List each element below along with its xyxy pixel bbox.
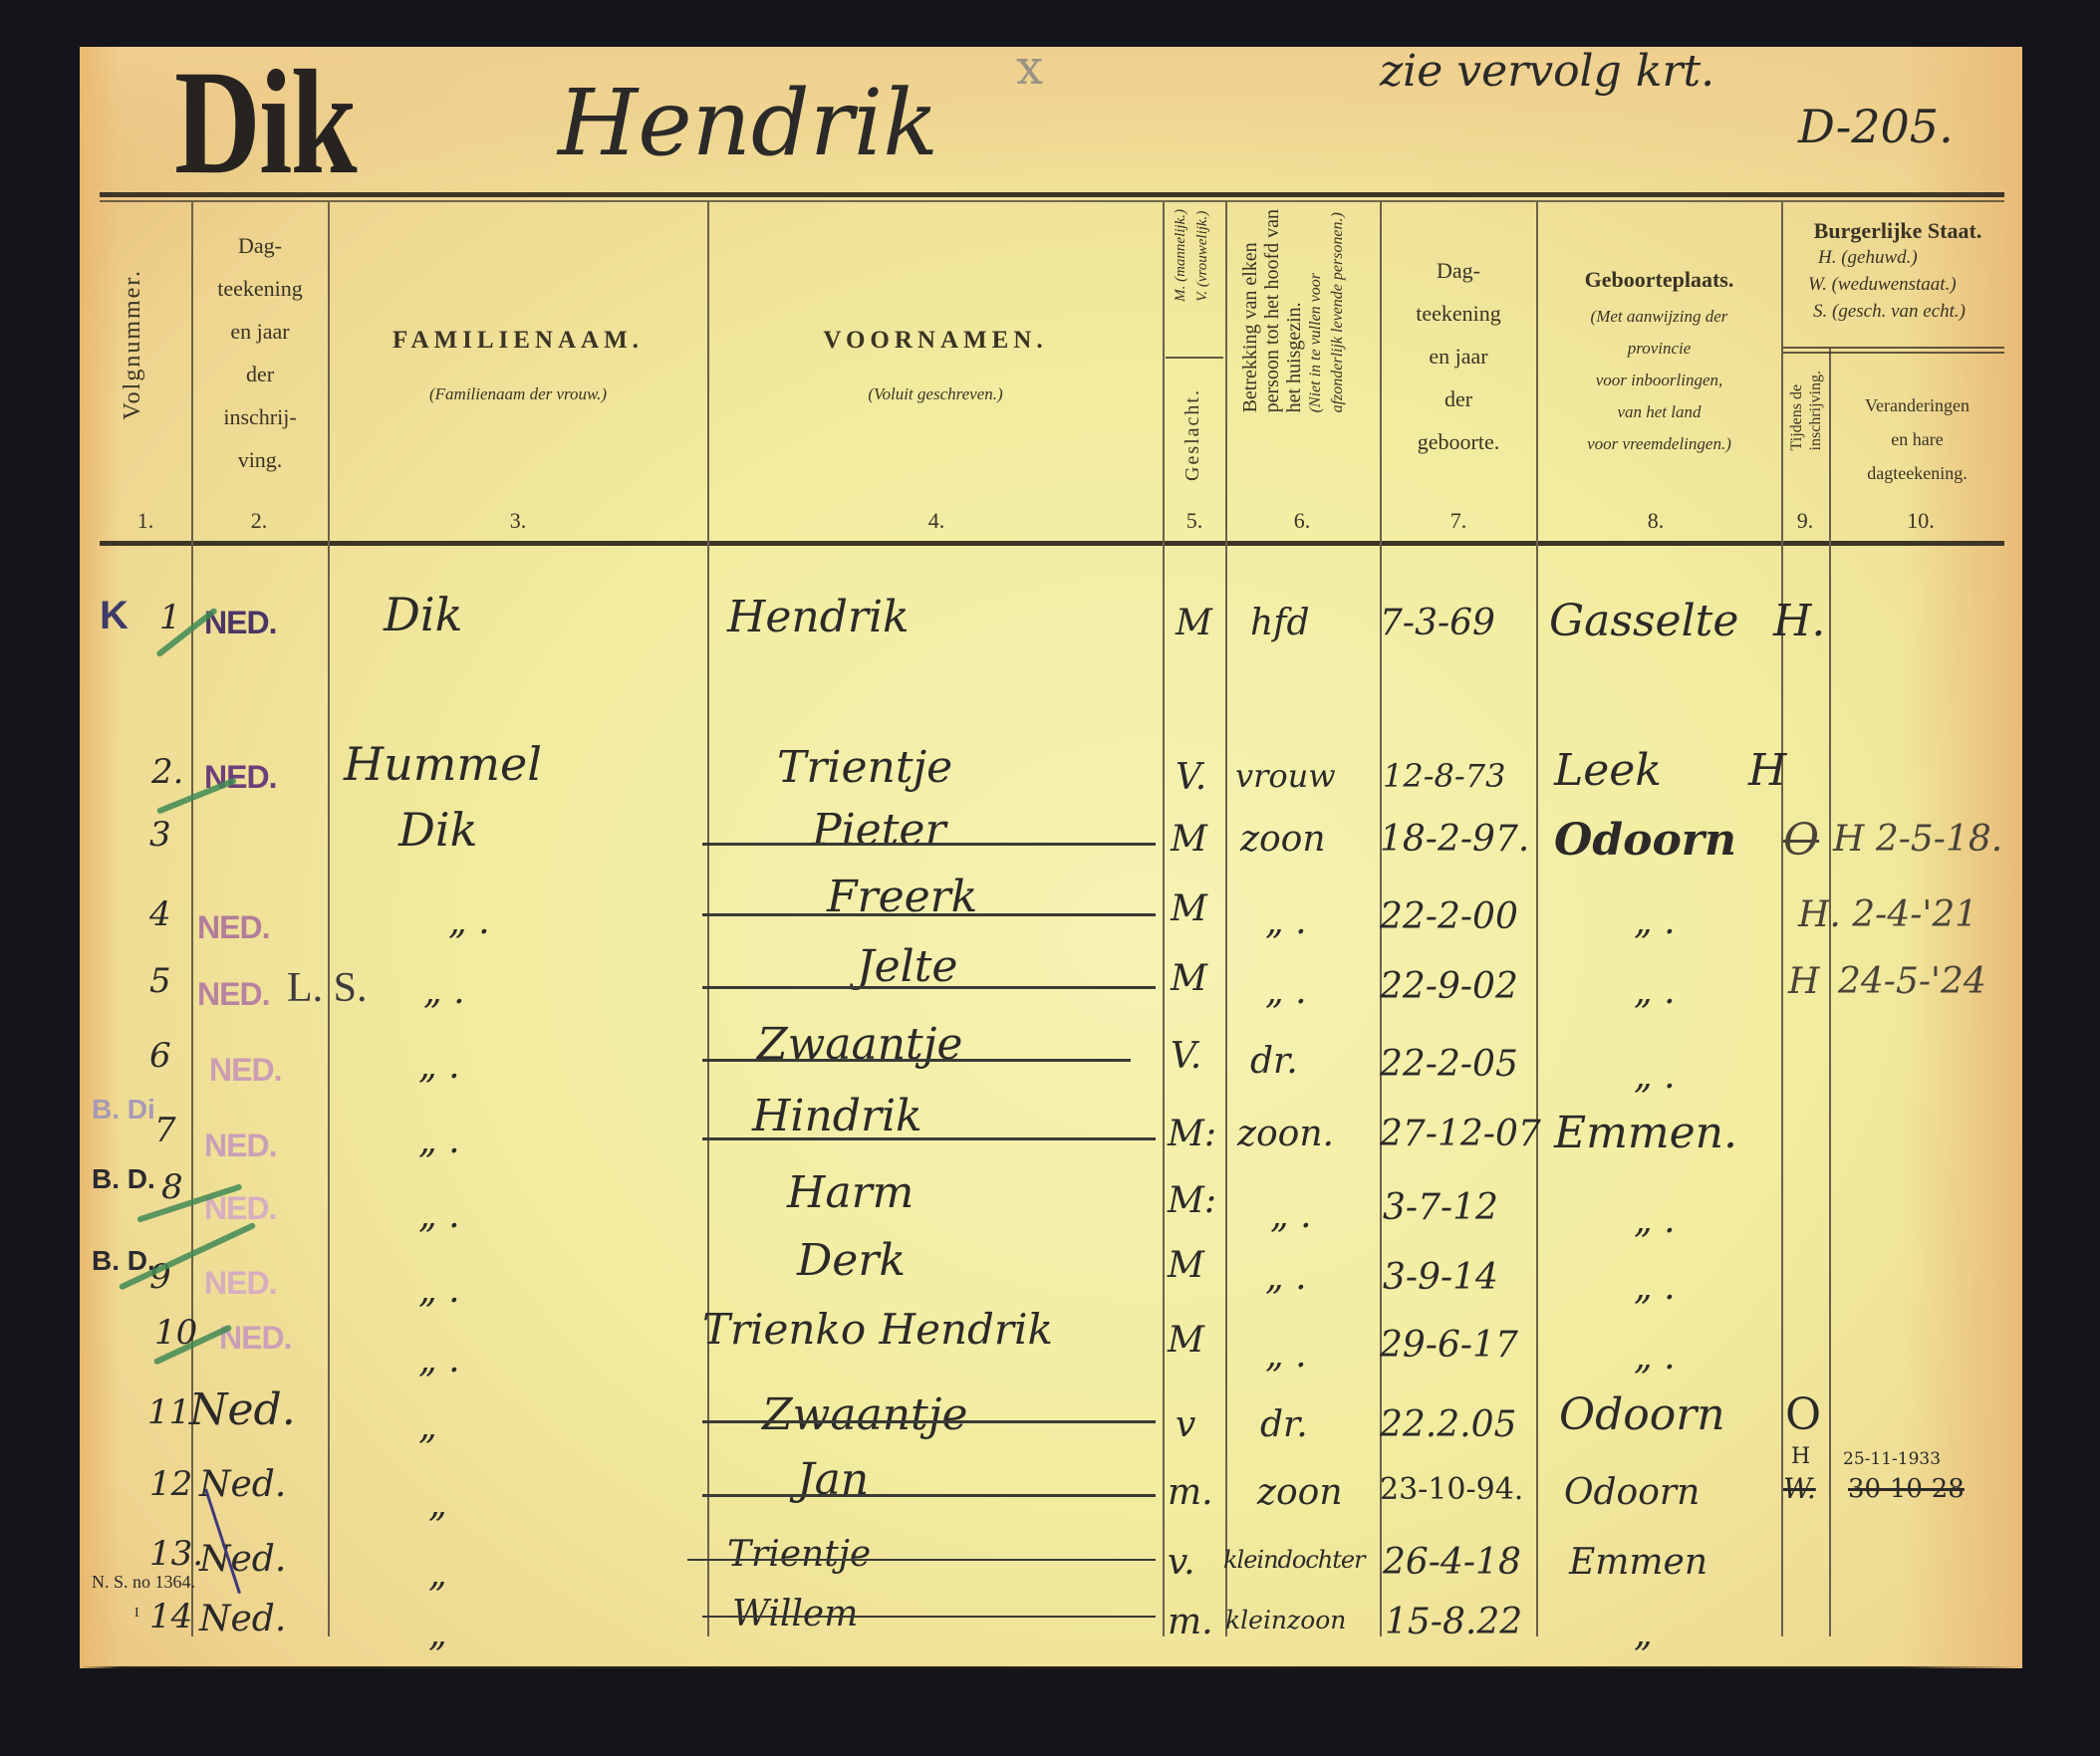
row-prefix-bd: B. D.: [92, 1163, 155, 1195]
column-divider: [1163, 202, 1165, 1636]
geboortedatum: 3-9-14: [1383, 1257, 1498, 1298]
header-geslacht-legend: M. (mannelijk.) V. (vrouwelijk.): [1170, 209, 1213, 302]
burgerlijke-staat: H: [1748, 745, 1786, 796]
geboortedatum: 12-8-73: [1383, 757, 1505, 795]
geslacht: M: [1171, 958, 1207, 999]
header-title: FAMILIENAAM.: [329, 327, 707, 355]
geboorteplaats: „ .: [1634, 1337, 1676, 1378]
voornamen: Pieter: [812, 805, 945, 856]
legend-v: V. (vrouwelijk.): [1194, 211, 1210, 302]
geboorteplaats: „ .: [1634, 1200, 1676, 1241]
geboorteplaats: „ .: [1634, 971, 1676, 1012]
familienaam: „: [428, 1484, 447, 1525]
header-top-rule-thin: [100, 200, 2004, 202]
note-top-right: zie vervolg krt.: [1380, 46, 1714, 97]
header-familienaam: FAMILIENAAM. (Familienaam der vrouw.): [329, 327, 707, 404]
veranderingen: 24-5-'24: [1838, 961, 1986, 1002]
header-line: en jaar: [192, 310, 328, 353]
voornamen: Jan: [797, 1454, 869, 1505]
header-top-rule: [100, 192, 2004, 197]
header-note: (Niet in te vullen voor: [1307, 273, 1324, 412]
column-divider: [1829, 349, 1831, 1636]
burgerlijke-staat: W.: [1783, 1472, 1816, 1505]
burgerlijke-staat: O: [1783, 815, 1819, 866]
row-prefix-k: K: [100, 594, 129, 638]
geboortedatum: 27-12-07: [1380, 1114, 1541, 1154]
geboortedatum: 26-4-18: [1383, 1542, 1521, 1583]
betrekking: „ .: [1265, 901, 1307, 942]
printed-surname: Dik: [174, 48, 356, 197]
geboorteplaats: Leek: [1554, 745, 1662, 796]
betrekking: kleinzoon: [1225, 1606, 1346, 1634]
column-number: 5.: [1186, 508, 1203, 534]
geslacht: m.: [1168, 1602, 1213, 1642]
burgerlijke-staat: O: [1785, 1389, 1821, 1440]
familienaam: „: [428, 1554, 447, 1595]
row-number: 11: [147, 1392, 190, 1432]
header-tijdens-inschrijving: Tijdens de inschrijving.: [1787, 371, 1825, 450]
geslacht: V.: [1176, 757, 1206, 798]
header-note: afzonderlijk levende personen.): [1329, 212, 1346, 412]
header-line: geboorte.: [1381, 420, 1536, 463]
familienaam: „ .: [423, 971, 465, 1012]
header-subtitle: (Voluit geschreven.): [708, 384, 1163, 404]
paper-tint-left: [80, 47, 120, 1668]
geboorteplaats: Odoorn: [1554, 815, 1736, 866]
familienaam: „ .: [418, 1195, 460, 1236]
row-prefix-bd: B. Di: [92, 1094, 155, 1126]
betrekking: zoon: [1257, 1472, 1343, 1513]
geslacht: M: [1168, 1245, 1204, 1286]
veranderingen: H. 2-4-'21: [1798, 894, 1977, 935]
geboortedatum: 22.2.05: [1380, 1404, 1516, 1445]
strikethrough-line: [702, 1059, 1131, 1062]
geslacht: M: [1171, 888, 1207, 929]
column-divider: [328, 202, 330, 1636]
familienaam: „ .: [418, 1340, 460, 1380]
paper-tint-top: [80, 47, 2022, 196]
familienaam: „ .: [418, 1121, 460, 1161]
nationality-handwritten: Ned.: [199, 1599, 286, 1639]
strikethrough-line: [702, 843, 1156, 846]
header-col2: Dag- teekening en jaar der inschrij- vin…: [192, 224, 328, 481]
nationality-stamp: NED.: [204, 1265, 276, 1302]
header-title: Geboorteplaats.: [1537, 267, 1781, 293]
voornamen: Trienko Hendrik: [702, 1305, 1053, 1354]
header-line: Betrekking van elken: [1239, 242, 1261, 412]
header-line: persoon tot het hoofd van: [1261, 209, 1283, 412]
header-line: teekening: [192, 267, 328, 310]
familienaam: Dik: [398, 803, 477, 857]
geboorteplaats: Gasselte: [1549, 596, 1738, 646]
geboortedatum: 7-3-69: [1380, 603, 1495, 643]
staat-correction: H: [1791, 1444, 1810, 1469]
betrekking: „ .: [1265, 1257, 1307, 1298]
strikethrough-line: [687, 1559, 1156, 1561]
row-number: 7: [154, 1111, 176, 1150]
strikethrough-line: [702, 913, 1156, 916]
nationality-stamp: NED.: [197, 909, 269, 946]
column-number: 9.: [1797, 508, 1814, 534]
row-number: 14: [149, 1597, 192, 1636]
geboorteplaats: Odoorn: [1559, 1389, 1725, 1440]
geboortedatum: 23-10-94.: [1380, 1472, 1523, 1507]
betrekking: dr.: [1250, 1041, 1298, 1082]
header-line: inschrij-: [192, 395, 328, 438]
familienaam: „: [428, 1614, 447, 1654]
geslacht: M: [1168, 1320, 1204, 1361]
column-number: 6.: [1294, 508, 1311, 534]
geboorteplaats: Emmen.: [1554, 1108, 1737, 1158]
betrekking: vrouw: [1235, 757, 1336, 795]
betrekking: zoon.: [1237, 1114, 1334, 1154]
geboortedatum: 18-2-97.: [1380, 819, 1529, 860]
voornamen: Zwaantje: [757, 1019, 962, 1070]
header-line: der: [192, 353, 328, 395]
column-number: 2.: [251, 508, 268, 534]
voornamen: Hendrik: [727, 592, 910, 642]
geboorteplaats: „: [1634, 1614, 1653, 1654]
veranderingen-correction: 25-11-1933: [1843, 1449, 1941, 1469]
header-title: Burgerlijke Staat.: [1788, 217, 2007, 244]
header-line: teekening: [1381, 292, 1536, 335]
geslacht: m.: [1168, 1472, 1213, 1513]
voornamen: Jelte: [857, 941, 957, 992]
familienaam: „ .: [448, 901, 490, 942]
geboortedatum: 22-2-00: [1380, 896, 1518, 937]
print-number: N. S. no 1364.: [92, 1572, 195, 1593]
geslacht: v.: [1168, 1542, 1195, 1583]
strikethrough-line: [702, 1420, 1156, 1423]
row-number: 13.: [149, 1534, 203, 1574]
strikethrough-line: [702, 1616, 1156, 1618]
betrekking: „ .: [1265, 1335, 1307, 1376]
betrekking: „ .: [1270, 1195, 1312, 1236]
nationality-stamp: NED.: [204, 1128, 276, 1164]
geboortedatum: 15-8.22: [1385, 1602, 1522, 1642]
voornamen: Hindrik: [752, 1091, 922, 1141]
legend-h: H. (gehuwd.): [1788, 244, 2007, 271]
geslacht: M:: [1168, 1114, 1216, 1154]
geboorteplaats: Odoorn: [1564, 1472, 1700, 1513]
header-burgerlijke-staat: Burgerlijke Staat. H. (gehuwd.) W. (wedu…: [1788, 217, 2007, 325]
header-line: der: [1381, 377, 1536, 420]
familienaam: Hummel: [344, 737, 542, 791]
column-number: 3.: [510, 508, 527, 534]
geslacht: M: [1171, 819, 1207, 860]
row-number: 6: [149, 1036, 171, 1076]
header-geboorteplaats: Geboorteplaats. (Met aanwijzing der prov…: [1537, 267, 1781, 460]
header-line: Dag-: [192, 224, 328, 267]
header-line: voor vreemdelingen.): [1537, 428, 1781, 460]
header-line: en hare: [1830, 422, 2004, 456]
column-number: 8.: [1648, 508, 1665, 534]
header-line: inschrijving.: [1807, 371, 1824, 450]
voornamen: Harm: [787, 1167, 914, 1218]
veranderingen: 30-10-28: [1848, 1474, 1965, 1504]
card-code: D-205.: [1798, 100, 1954, 153]
header-line: (Met aanwijzing der: [1537, 301, 1781, 333]
column-divider: [1225, 202, 1227, 1636]
header-volgnummer: Volgnummer.: [120, 269, 146, 420]
geboorteplaats: „ .: [1634, 1267, 1676, 1308]
betrekking: zoon: [1240, 819, 1326, 860]
familienaam: „ .: [418, 1046, 460, 1087]
header-line: en jaar: [1381, 335, 1536, 377]
header-line: voor inboorlingen,: [1537, 365, 1781, 396]
nationality-stamp: NED.: [197, 976, 269, 1013]
familienaam: Dik: [384, 588, 462, 641]
voornamen: Trientje: [727, 1534, 871, 1575]
header-geboortedatum: Dag- teekening en jaar der geboorte.: [1381, 249, 1536, 463]
ls-stamp: L. S.: [287, 964, 368, 1012]
column-divider: [1781, 202, 1783, 1636]
row-number: 3: [149, 815, 171, 855]
betrekking: kleindochter: [1223, 1546, 1365, 1574]
header-geslacht: Geslacht.: [1181, 388, 1204, 481]
header-title: VOORNAMEN.: [708, 327, 1163, 355]
veranderingen: H 2-5-18.: [1833, 819, 2002, 860]
legend-w: W. (weduwenstaat.): [1788, 271, 2007, 298]
header-line: Dag-: [1381, 249, 1536, 292]
nationality-stamp: NED.: [209, 1052, 281, 1089]
geboortedatum: 22-9-02: [1380, 966, 1518, 1007]
nationality-handwritten: Ned.: [199, 1464, 286, 1505]
row-number: 5: [149, 961, 171, 1001]
geboorteplaats: „ .: [1634, 901, 1676, 942]
header-betrekking: Betrekking van elken persoon tot het hoo…: [1239, 209, 1349, 412]
header-subtitle: (Familienaam der vrouw.): [329, 384, 707, 404]
geboortedatum: 29-6-17: [1380, 1325, 1518, 1366]
column-number: 7.: [1450, 508, 1467, 534]
column-number: 4.: [928, 508, 945, 534]
header-line: het huisgezin.: [1283, 302, 1305, 412]
handwritten-given-name: Hendrik: [558, 70, 938, 176]
burgerlijke-staat: H.: [1773, 596, 1825, 646]
geboortedatum: 22-2-05: [1380, 1044, 1518, 1085]
row-number: 8: [161, 1167, 183, 1207]
margin-mark: I: [134, 1606, 139, 1622]
header-line: Tijdens de: [1788, 384, 1805, 451]
geboorteplaats: „ .: [1634, 1056, 1676, 1097]
geslacht: V.: [1171, 1036, 1201, 1077]
header-line: Veranderingen: [1830, 388, 2004, 422]
betrekking: „ .: [1265, 971, 1307, 1012]
geslacht-legend-separator: [1166, 357, 1223, 359]
voornamen: Trientje: [777, 742, 952, 793]
staat-separator: [1783, 347, 2004, 349]
pencil-mark: x: [1016, 40, 1043, 96]
strikethrough-line: [702, 1494, 1156, 1497]
familienaam: „ .: [418, 1270, 460, 1311]
strikethrough-line: [702, 1137, 1156, 1140]
header-veranderingen: Veranderingen en hare dagteekening.: [1830, 388, 2004, 490]
voornamen: Zwaantje: [762, 1389, 967, 1440]
row-number: 12: [149, 1464, 192, 1504]
column-number: 10.: [1907, 508, 1935, 534]
voornamen: Derk: [797, 1235, 906, 1286]
legend-m: M. (mannelijk.): [1173, 209, 1188, 302]
voornamen: Willem: [732, 1594, 858, 1634]
familienaam: „: [418, 1406, 437, 1447]
header-line: van het land: [1537, 396, 1781, 428]
geslacht: M:: [1168, 1180, 1216, 1221]
header-voornamen: VOORNAMEN. (Voluit geschreven.): [708, 327, 1163, 404]
column-number: 1.: [137, 508, 154, 534]
header-line: ving.: [192, 438, 328, 481]
geboorteplaats: Emmen: [1569, 1542, 1707, 1583]
legend-s: S. (gesch. van echt.): [1788, 298, 2007, 325]
betrekking: hfd: [1250, 603, 1310, 643]
burgerlijke-staat: H: [1788, 961, 1819, 1002]
strikethrough-line: [702, 986, 1156, 989]
header-line: dagteekening.: [1830, 456, 2004, 490]
row-number: 4: [149, 894, 171, 934]
nationality-handwritten: Ned.: [199, 1539, 286, 1580]
geboortedatum: 3-7-12: [1383, 1187, 1498, 1228]
staat-separator-2: [1783, 352, 2004, 354]
geslacht: M: [1176, 603, 1212, 643]
row-number: 2.: [151, 752, 183, 792]
betrekking: dr.: [1260, 1404, 1308, 1445]
header-bottom-rule: [100, 541, 2004, 546]
header-line: provincie: [1537, 333, 1781, 365]
nationality-handwritten: Ned.: [189, 1384, 296, 1435]
row-number: 1: [159, 598, 181, 637]
geslacht: v: [1176, 1404, 1195, 1445]
